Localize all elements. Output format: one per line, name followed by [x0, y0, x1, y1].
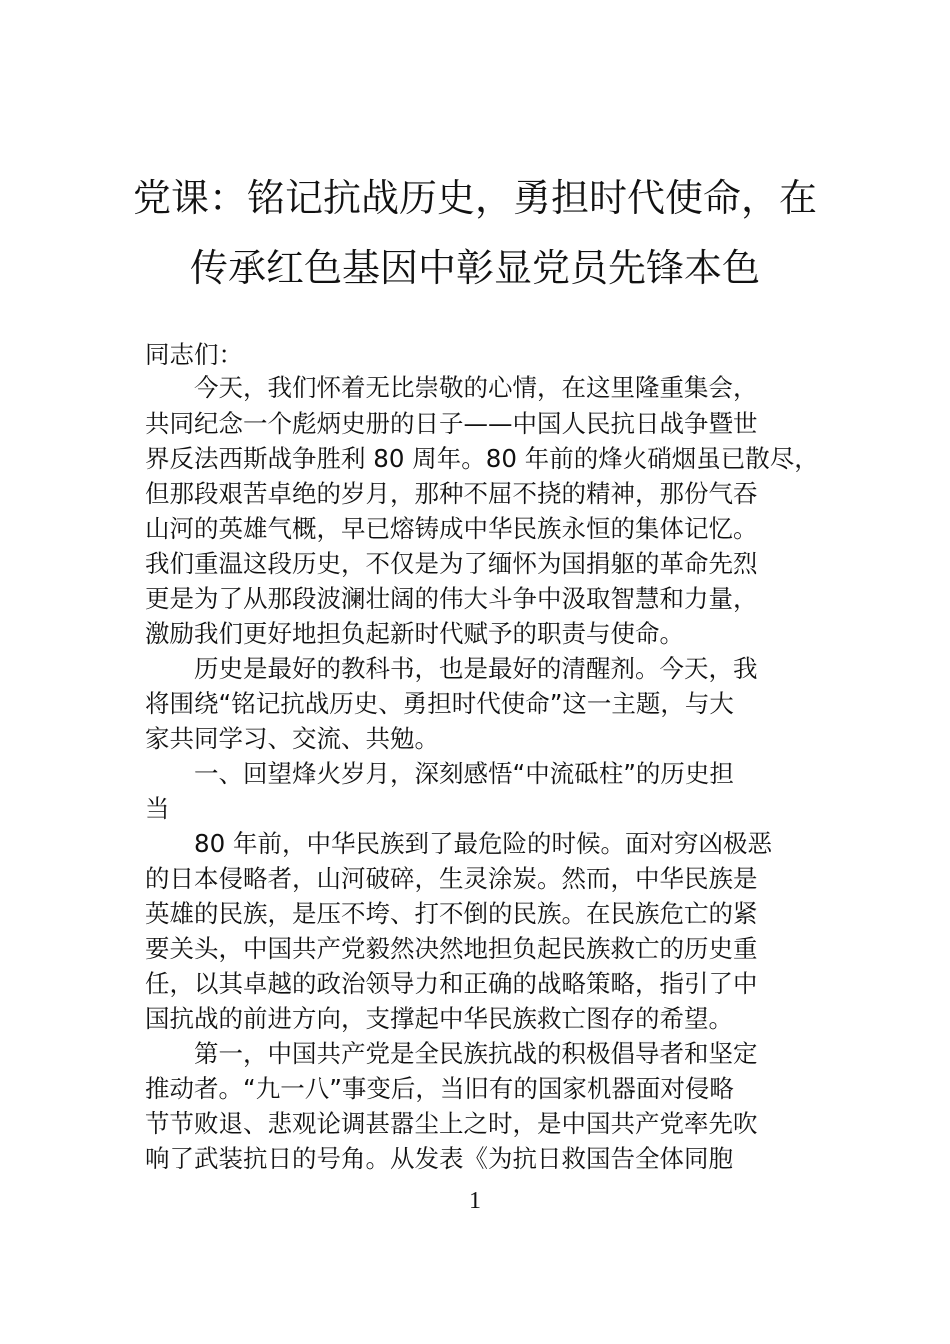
- salutation: 同志们：: [145, 337, 243, 373]
- paragraph-line: 将围绕“铭记抗战历史、勇担时代使命”这一主题，与大: [145, 686, 734, 722]
- paragraph-line: 激励我们更好地担负起新时代赋予的职责与使命。: [145, 616, 684, 652]
- page-number: 1: [0, 1188, 950, 1215]
- document-page: 党课：铭记抗战历史，勇担时代使命，在 传承红色基因中彰显党员先锋本色 同志们： …: [0, 0, 950, 1344]
- paragraph-line: 国抗战的前进方向，支撑起中华民族救亡图存的希望。: [145, 1001, 733, 1037]
- paragraph-line: 界反法西斯战争胜利 80 周年。80 年前的烽火硝烟虽已散尽，: [145, 441, 819, 477]
- paragraph-line: 英雄的民族，是压不垮、打不倒的民族。在民族危亡的紧: [145, 896, 758, 932]
- paragraph-line: 家共同学习、交流、共勉。: [145, 721, 439, 757]
- paragraph-line: 共同纪念一个彪炳史册的日子——中国人民抗日战争暨世: [145, 406, 758, 442]
- paragraph-line: 我们重温这段历史，不仅是为了缅怀为国捐躯的革命先烈: [145, 546, 758, 582]
- paragraph-line: 但那段艰苦卓绝的岁月，那种不屈不挠的精神，那份气吞: [145, 476, 758, 512]
- paragraph-line: 第一，中国共产党是全民族抗战的积极倡导者和坚定: [145, 1036, 758, 1072]
- paragraph-line: 节节败退、悲观论调甚嚣尘上之时，是中国共产党率先吹: [145, 1106, 758, 1142]
- paragraph-line: 的日本侵略者，山河破碎，生灵涂炭。然而，中华民族是: [145, 861, 758, 897]
- paragraph-line: 要关头，中国共产党毅然决然地担负起民族救亡的历史重: [145, 931, 758, 967]
- paragraph-line: 80 年前，中华民族到了最危险的时候。面对穷凶极恶: [145, 826, 772, 862]
- paragraph-line: 推动者。“九一八”事变后，当旧有的国家机器面对侵略: [145, 1071, 734, 1107]
- section-heading: 一、回望烽火岁月，深刻感悟“中流砥柱”的历史担: [145, 756, 734, 792]
- document-title-line-1: 党课：铭记抗战历史，勇担时代使命，在: [0, 175, 950, 221]
- paragraph-line: 任，以其卓越的政治领导力和正确的战略策略，指引了中: [145, 966, 758, 1002]
- paragraph-line: 响了武装抗日的号角。从发表《为抗日救国告全体同胞: [145, 1141, 733, 1177]
- paragraph-line: 今天，我们怀着无比崇敬的心情，在这里隆重集会，: [145, 370, 758, 406]
- paragraph-line: 历史是最好的教科书，也是最好的清醒剂。今天，我: [145, 651, 758, 687]
- paragraph-line: 更是为了从那段波澜壮阔的伟大斗争中汲取智慧和力量，: [145, 581, 758, 617]
- section-heading: 当: [145, 791, 170, 827]
- document-title-line-2: 传承红色基因中彰显党员先锋本色: [0, 245, 950, 291]
- paragraph-line: 山河的英雄气概，早已熔铸成中华民族永恒的集体记忆。: [145, 511, 758, 547]
